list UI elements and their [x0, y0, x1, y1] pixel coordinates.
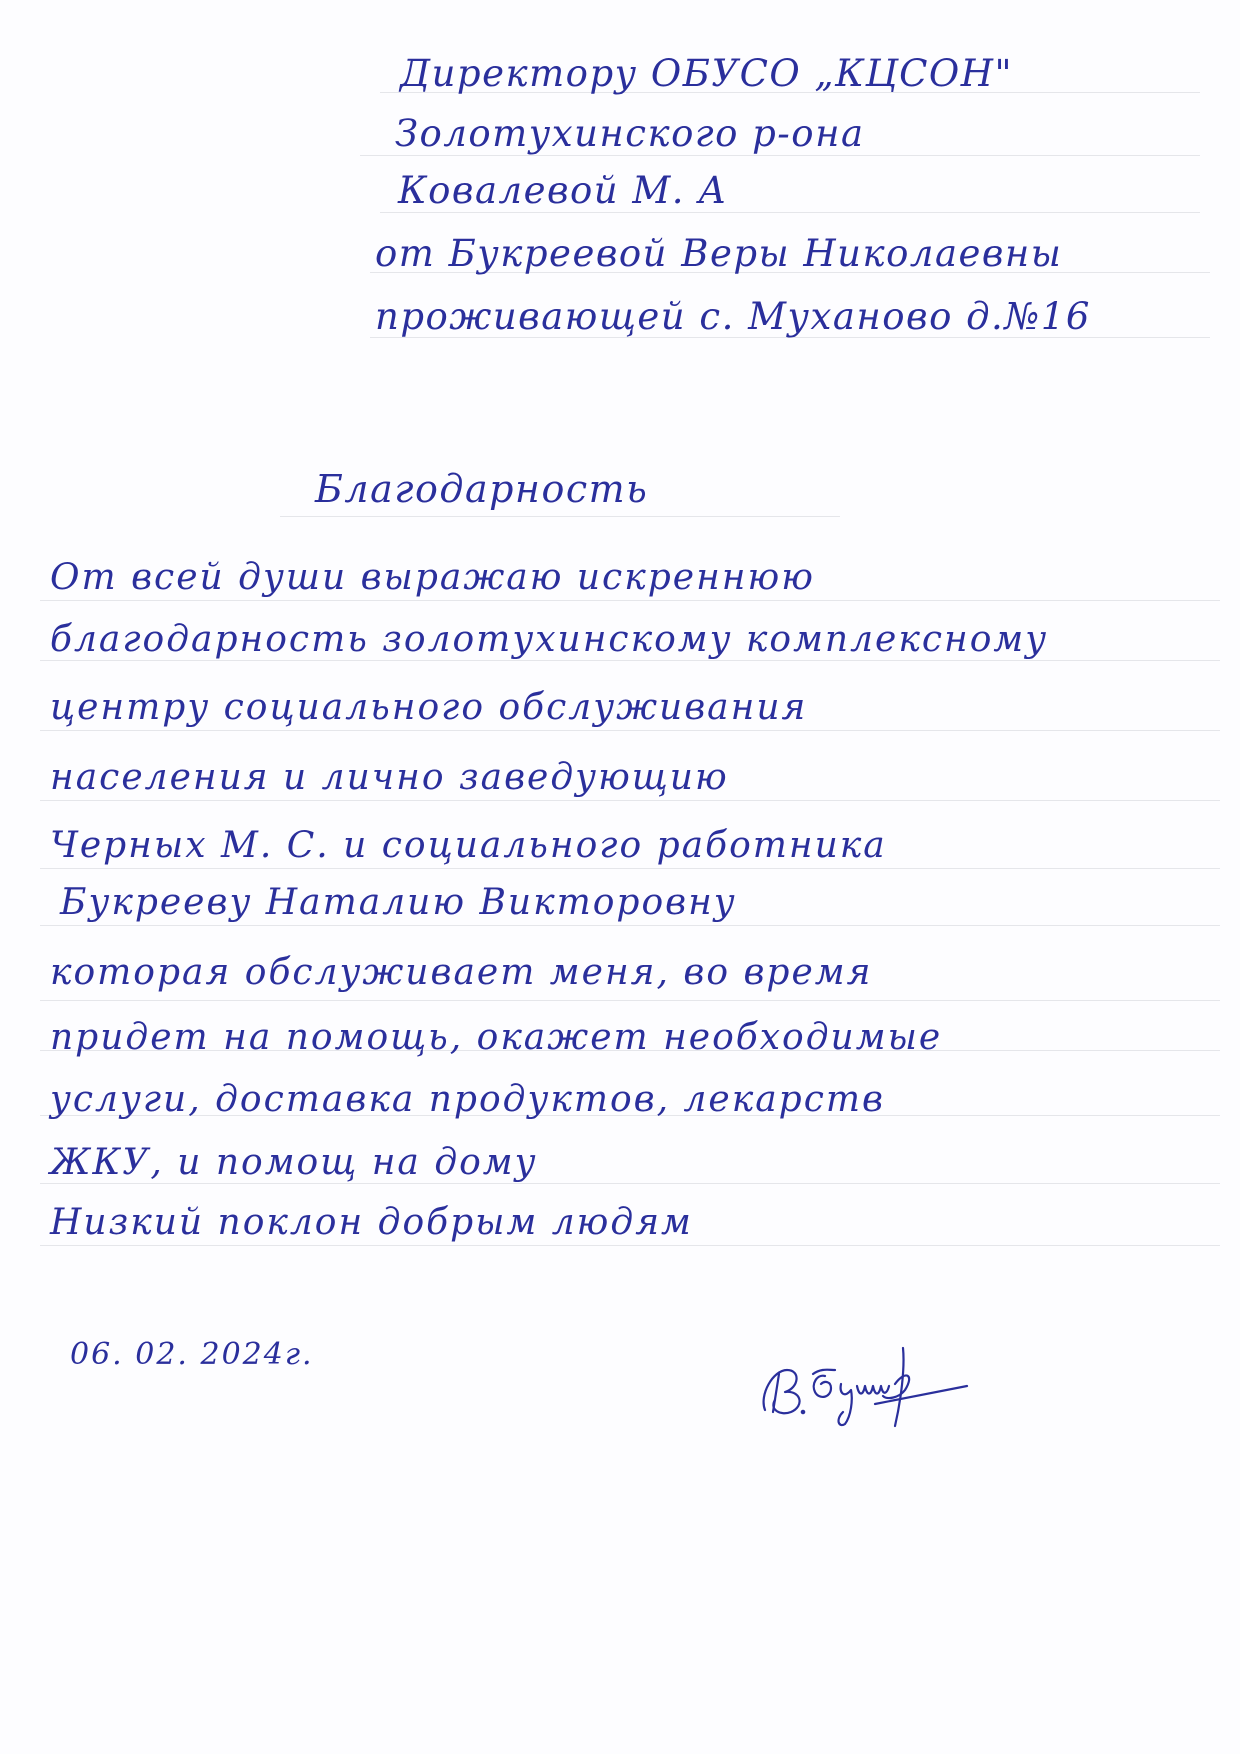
ruled-line: [40, 925, 1220, 926]
body-line: которая обслуживает меня, во время: [50, 955, 872, 991]
body-line: От всей души выражаю искреннюю: [50, 560, 815, 596]
body-line: ЖКУ, и помощ на дому: [50, 1145, 538, 1181]
body-line: услуги, доставка продуктов, лекарств: [50, 1082, 885, 1118]
body-line: населения и лично заведующию: [50, 760, 729, 796]
header-line-addressee-title: Директору ОБУСО „КЦСОН": [400, 55, 1013, 92]
ruled-line: [360, 155, 1200, 156]
signature-icon: [755, 1340, 1015, 1430]
ruled-line: [380, 212, 1200, 213]
header-line-sender-address: проживающей с. Муханово д.№16: [375, 298, 1091, 335]
ruled-line: [40, 660, 1220, 661]
ruled-line: [40, 868, 1220, 869]
body-line: центру социального обслуживания: [50, 690, 807, 726]
body-line: благодарность золотухинскому комплексном…: [50, 622, 1048, 658]
letter-page: Директору ОБУСО „КЦСОН" Золотухинского р…: [0, 0, 1240, 1754]
body-line: Букрееву Наталию Викторовну: [60, 885, 737, 921]
header-line-addressee-name: Ковалевой М. А: [398, 172, 728, 209]
letter-date: 06. 02. 2024г.: [70, 1340, 314, 1370]
letter-title: Благодарность: [315, 470, 648, 508]
ruled-line: [40, 600, 1220, 601]
ruled-line: [40, 730, 1220, 731]
body-line: Низкий поклон добрым людям: [50, 1205, 693, 1241]
signature: [755, 1340, 1015, 1430]
ruled-line: [280, 516, 840, 517]
ruled-line: [40, 800, 1220, 801]
ruled-line: [40, 1183, 1220, 1184]
body-line: Черных М. С. и социального работника: [50, 828, 887, 864]
body-line: придет на помощь, окажет необходимые: [50, 1020, 942, 1056]
ruled-line: [40, 1000, 1220, 1001]
ruled-line: [40, 1245, 1220, 1246]
header-line-district: Золотухинского р-она: [395, 115, 865, 152]
header-line-sender: от Букреевой Веры Николаевны: [375, 235, 1062, 272]
